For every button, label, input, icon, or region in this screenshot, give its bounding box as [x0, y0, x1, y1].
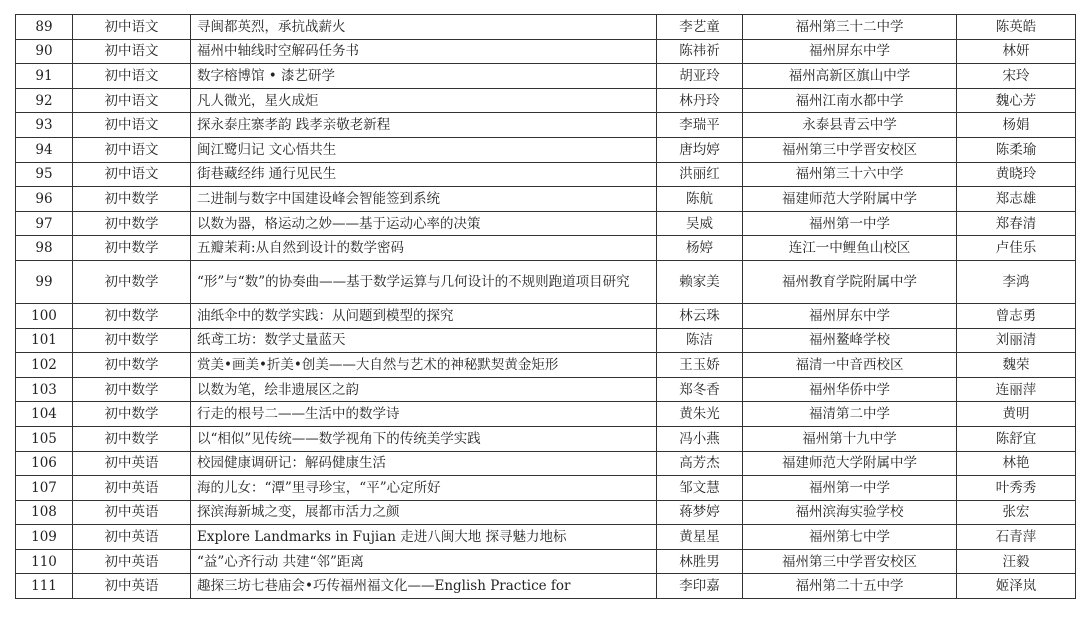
cell-title: 街巷藏经纬 通行见民生	[191, 162, 657, 187]
cell-school: 福州第一中学	[743, 211, 957, 236]
cell-subject: 初中语文	[73, 15, 191, 40]
cell-school: 福州第三十六中学	[743, 162, 957, 187]
cell-school: 福清一中音西校区	[743, 353, 957, 378]
cell-author: 高芳杰	[657, 451, 743, 476]
cell-title: 凡人微光，星火成炬	[191, 88, 657, 113]
cell-author: 赖家美	[657, 260, 743, 303]
table-row: 104 初中数学 行走的根号二——生活中的数学诗 黄朱光 福清第二中学 黄明	[16, 402, 1076, 427]
table-row: 94 初中语文 闽江鹭归记 文心悟共生 唐均婷 福州第三中学晋安校区 陈柔瑜	[16, 137, 1076, 162]
table-body: 89 初中语文 寻闽都英烈，承抗战薪火 李艺童 福州第三十二中学 陈英皓 90 …	[16, 15, 1076, 599]
cell-title: 趣探三坊七巷庙会•巧传福州福文化——English Practice for	[191, 574, 657, 599]
cell-no: 90	[16, 39, 73, 64]
cell-subject: 初中语文	[73, 64, 191, 89]
cell-title: “形”与“数”的协奏曲——基于数学运算与几何设计的不规则跑道项目研究	[191, 260, 657, 303]
cell-subject: 初中语文	[73, 162, 191, 187]
cell-subject: 初中数学	[73, 353, 191, 378]
cell-school: 福建师范大学附属中学	[743, 187, 957, 212]
cell-no: 96	[16, 187, 73, 212]
cell-teacher: 陈舒宜	[957, 426, 1076, 451]
cell-subject: 初中英语	[73, 525, 191, 550]
cell-title: 行走的根号二——生活中的数学诗	[191, 402, 657, 427]
table-row: 89 初中语文 寻闽都英烈，承抗战薪火 李艺童 福州第三十二中学 陈英皓	[16, 15, 1076, 40]
table-row: 91 初中语文 数字榕博馆 • 漆艺研学 胡亚玲 福州高新区旗山中学 宋玲	[16, 64, 1076, 89]
cell-title: 闽江鹭归记 文心悟共生	[191, 137, 657, 162]
cell-no: 92	[16, 88, 73, 113]
cell-author: 黄星星	[657, 525, 743, 550]
cell-subject: 初中数学	[73, 211, 191, 236]
table-row: 110 初中英语 “益”心齐行动 共建“邻”距离 林胜男 福州第三中学晋安校区 …	[16, 549, 1076, 574]
cell-no: 95	[16, 162, 73, 187]
cell-no: 103	[16, 377, 73, 402]
table-row: 98 初中数学 五瓣茉莉:从自然到设计的数学密码 杨婷 连江一中鲤鱼山校区 卢佳…	[16, 236, 1076, 261]
cell-author: 郑冬香	[657, 377, 743, 402]
cell-author: 林胜男	[657, 549, 743, 574]
cell-school: 福州鳌峰学校	[743, 328, 957, 353]
cell-school: 福州教育学院附属中学	[743, 260, 957, 303]
table-row: 96 初中数学 二进制与数字中国建设峰会智能签到系统 陈航 福建师范大学附属中学…	[16, 187, 1076, 212]
cell-teacher: 刘丽清	[957, 328, 1076, 353]
cell-teacher: 李鸿	[957, 260, 1076, 303]
cell-school: 永泰县青云中学	[743, 113, 957, 138]
cell-teacher: 郑春清	[957, 211, 1076, 236]
cell-subject: 初中数学	[73, 236, 191, 261]
cell-author: 黄朱光	[657, 402, 743, 427]
cell-author: 洪丽红	[657, 162, 743, 187]
cell-teacher: 郑志雄	[957, 187, 1076, 212]
cell-no: 107	[16, 476, 73, 501]
cell-subject: 初中语文	[73, 88, 191, 113]
cell-no: 94	[16, 137, 73, 162]
cell-no: 106	[16, 451, 73, 476]
cell-no: 109	[16, 525, 73, 550]
cell-no: 104	[16, 402, 73, 427]
cell-author: 林云珠	[657, 303, 743, 328]
table-row: 93 初中语文 探永泰庄寨孝韵 践孝亲敬老新程 李瑞平 永泰县青云中学 杨娟	[16, 113, 1076, 138]
cell-author: 邹文慧	[657, 476, 743, 501]
cell-school: 福州高新区旗山中学	[743, 64, 957, 89]
cell-school: 福州滨海实验学校	[743, 500, 957, 525]
cell-no: 101	[16, 328, 73, 353]
cell-no: 99	[16, 260, 73, 303]
table-row: 102 初中数学 赏美•画美•折美•创美——大自然与艺术的神秘默契黄金矩形 王玉…	[16, 353, 1076, 378]
cell-school: 连江一中鲤鱼山校区	[743, 236, 957, 261]
cell-subject: 初中语文	[73, 137, 191, 162]
cell-subject: 初中数学	[73, 377, 191, 402]
table-row: 105 初中数学 以“相似”见传统——数学视角下的传统美学实践 冯小燕 福州第十…	[16, 426, 1076, 451]
cell-school: 福州第一中学	[743, 476, 957, 501]
cell-teacher: 魏荣	[957, 353, 1076, 378]
cell-school: 福州第七中学	[743, 525, 957, 550]
cell-school: 福州屏东中学	[743, 303, 957, 328]
cell-teacher: 林妍	[957, 39, 1076, 64]
cell-subject: 初中数学	[73, 402, 191, 427]
cell-title: 福州中轴线时空解码任务书	[191, 39, 657, 64]
cell-teacher: 杨娟	[957, 113, 1076, 138]
cell-teacher: 连丽萍	[957, 377, 1076, 402]
cell-teacher: 黄晓玲	[957, 162, 1076, 187]
cell-teacher: 张宏	[957, 500, 1076, 525]
cell-title: 探永泰庄寨孝韵 践孝亲敬老新程	[191, 113, 657, 138]
cell-no: 100	[16, 303, 73, 328]
cell-author: 杨婷	[657, 236, 743, 261]
cell-teacher: 汪毅	[957, 549, 1076, 574]
cell-subject: 初中英语	[73, 476, 191, 501]
cell-author: 陈航	[657, 187, 743, 212]
cell-teacher: 姬泽岚	[957, 574, 1076, 599]
cell-subject: 初中数学	[73, 187, 191, 212]
cell-author: 唐均婷	[657, 137, 743, 162]
cell-author: 林丹玲	[657, 88, 743, 113]
cell-title: 寻闽都英烈，承抗战薪火	[191, 15, 657, 40]
cell-title: 海的儿女：“潭”里寻珍宝，“平”心定所好	[191, 476, 657, 501]
cell-author: 蒋梦婷	[657, 500, 743, 525]
table-row: 106 初中英语 校园健康调研记：解码健康生活 高芳杰 福建师范大学附属中学 林…	[16, 451, 1076, 476]
table-row: 101 初中数学 纸鸢工坊：数学丈量蓝天 陈洁 福州鳌峰学校 刘丽清	[16, 328, 1076, 353]
cell-teacher: 石青萍	[957, 525, 1076, 550]
cell-title: “益”心齐行动 共建“邻”距离	[191, 549, 657, 574]
cell-school: 福州屏东中学	[743, 39, 957, 64]
cell-author: 李印嘉	[657, 574, 743, 599]
cell-title: 以“相似”见传统——数学视角下的传统美学实践	[191, 426, 657, 451]
cell-author: 冯小燕	[657, 426, 743, 451]
cell-subject: 初中英语	[73, 451, 191, 476]
cell-title: 以数为器，格运动之妙——基于运动心率的决策	[191, 211, 657, 236]
cell-teacher: 宋玲	[957, 64, 1076, 89]
cell-title: 纸鸢工坊：数学丈量蓝天	[191, 328, 657, 353]
table-row: 95 初中语文 街巷藏经纬 通行见民生 洪丽红 福州第三十六中学 黄晓玲	[16, 162, 1076, 187]
cell-no: 98	[16, 236, 73, 261]
cell-subject: 初中英语	[73, 500, 191, 525]
cell-no: 89	[16, 15, 73, 40]
table-row: 109 初中英语 Explore Landmarks in Fujian 走进八…	[16, 525, 1076, 550]
cell-teacher: 叶秀秀	[957, 476, 1076, 501]
cell-title: 赏美•画美•折美•创美——大自然与艺术的神秘默契黄金矩形	[191, 353, 657, 378]
table-row: 100 初中数学 油纸伞中的数学实践：从问题到模型的探究 林云珠 福州屏东中学 …	[16, 303, 1076, 328]
cell-school: 福州第二十五中学	[743, 574, 957, 599]
table-row: 108 初中英语 探滨海新城之变，展都市活力之颜 蒋梦婷 福州滨海实验学校 张宏	[16, 500, 1076, 525]
cell-title: Explore Landmarks in Fujian 走进八闽大地 探寻魅力地…	[191, 525, 657, 550]
cell-school: 福建师范大学附属中学	[743, 451, 957, 476]
cell-author: 王玉娇	[657, 353, 743, 378]
cell-teacher: 曾志勇	[957, 303, 1076, 328]
cell-no: 93	[16, 113, 73, 138]
cell-author: 吴威	[657, 211, 743, 236]
cell-title: 校园健康调研记：解码健康生活	[191, 451, 657, 476]
cell-subject: 初中数学	[73, 303, 191, 328]
table-row: 103 初中数学 以数为笔，绘非遗展区之韵 郑冬香 福州华侨中学 连丽萍	[16, 377, 1076, 402]
table-row: 92 初中语文 凡人微光，星火成炬 林丹玲 福州江南水都中学 魏心芳	[16, 88, 1076, 113]
cell-school: 福州江南水都中学	[743, 88, 957, 113]
table-row: 97 初中数学 以数为器，格运动之妙——基于运动心率的决策 吴威 福州第一中学 …	[16, 211, 1076, 236]
cell-subject: 初中语文	[73, 113, 191, 138]
cell-author: 胡亚玲	[657, 64, 743, 89]
cell-title: 油纸伞中的数学实践：从问题到模型的探究	[191, 303, 657, 328]
table-row: 111 初中英语 趣探三坊七巷庙会•巧传福州福文化——English Pract…	[16, 574, 1076, 599]
table-row: 90 初中语文 福州中轴线时空解码任务书 陈祎祈 福州屏东中学 林妍	[16, 39, 1076, 64]
cell-title: 二进制与数字中国建设峰会智能签到系统	[191, 187, 657, 212]
cell-author: 陈洁	[657, 328, 743, 353]
cell-subject: 初中数学	[73, 260, 191, 303]
cell-school: 福州第三十二中学	[743, 15, 957, 40]
cell-title: 探滨海新城之变，展都市活力之颜	[191, 500, 657, 525]
cell-teacher: 魏心芳	[957, 88, 1076, 113]
cell-subject: 初中数学	[73, 426, 191, 451]
cell-school: 福清第二中学	[743, 402, 957, 427]
cell-title: 五瓣茉莉:从自然到设计的数学密码	[191, 236, 657, 261]
cell-subject: 初中英语	[73, 549, 191, 574]
cell-no: 91	[16, 64, 73, 89]
cell-no: 108	[16, 500, 73, 525]
cell-title: 以数为笔，绘非遗展区之韵	[191, 377, 657, 402]
cell-school: 福州第三中学晋安校区	[743, 549, 957, 574]
cell-no: 110	[16, 549, 73, 574]
table-row: 99 初中数学 “形”与“数”的协奏曲——基于数学运算与几何设计的不规则跑道项目…	[16, 260, 1076, 303]
cell-teacher: 陈英皓	[957, 15, 1076, 40]
cell-school: 福州华侨中学	[743, 377, 957, 402]
cell-teacher: 陈柔瑜	[957, 137, 1076, 162]
cell-author: 李瑞平	[657, 113, 743, 138]
cell-author: 陈祎祈	[657, 39, 743, 64]
cell-no: 111	[16, 574, 73, 599]
award-list-table: 89 初中语文 寻闽都英烈，承抗战薪火 李艺童 福州第三十二中学 陈英皓 90 …	[15, 14, 1076, 599]
cell-author: 李艺童	[657, 15, 743, 40]
cell-title: 数字榕博馆 • 漆艺研学	[191, 64, 657, 89]
cell-school: 福州第三中学晋安校区	[743, 137, 957, 162]
table-row: 107 初中英语 海的儿女：“潭”里寻珍宝，“平”心定所好 邹文慧 福州第一中学…	[16, 476, 1076, 501]
cell-teacher: 卢佳乐	[957, 236, 1076, 261]
cell-no: 97	[16, 211, 73, 236]
cell-subject: 初中英语	[73, 574, 191, 599]
cell-subject: 初中语文	[73, 39, 191, 64]
cell-school: 福州第十九中学	[743, 426, 957, 451]
cell-no: 102	[16, 353, 73, 378]
cell-no: 105	[16, 426, 73, 451]
cell-subject: 初中数学	[73, 328, 191, 353]
cell-teacher: 黄明	[957, 402, 1076, 427]
cell-teacher: 林艳	[957, 451, 1076, 476]
